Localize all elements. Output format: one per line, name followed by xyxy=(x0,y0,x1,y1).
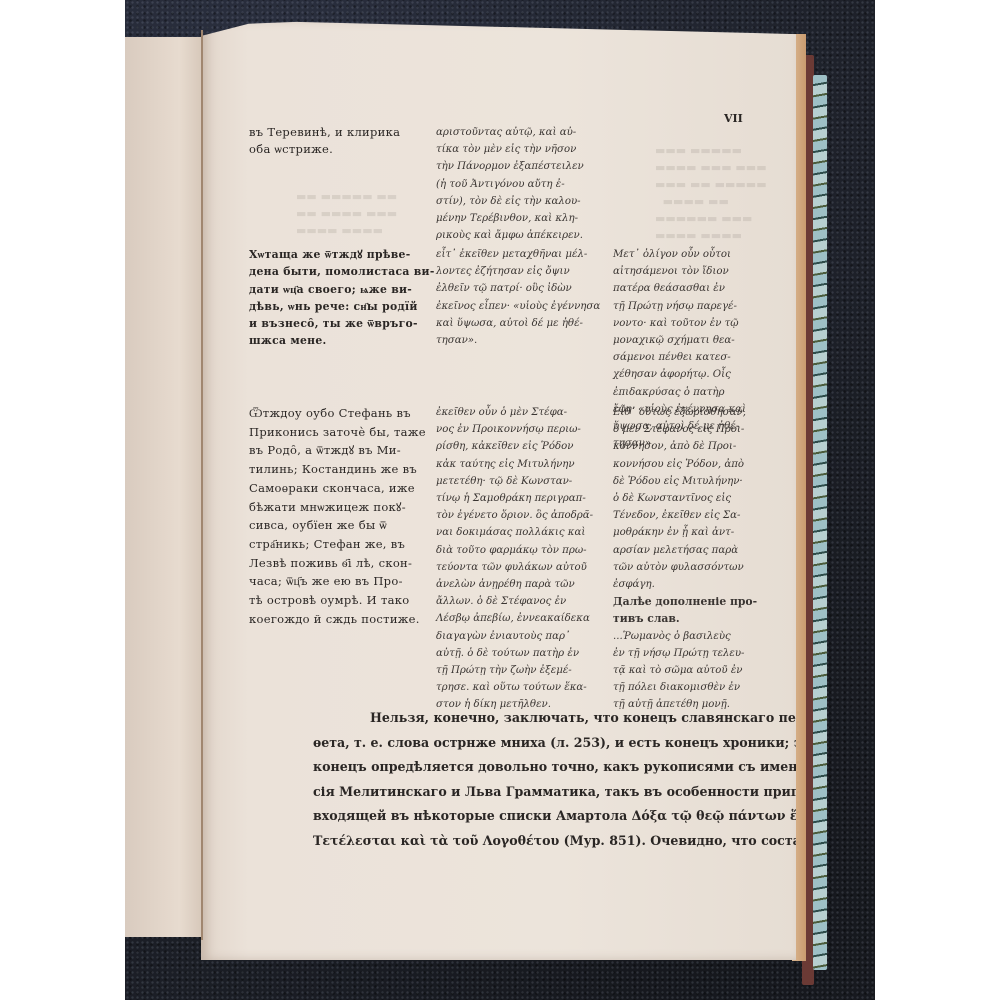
book-photo: VII ▬▬▬ ▬▬▬▬▬▬▬▬▬ ▬▬▬ ▬▬▬▬▬▬ ▬▬ ▬▬▬▬▬ ▬▬… xyxy=(125,0,875,1000)
text-line: μοναχικῷ σχήματι θεα- xyxy=(613,332,748,349)
text-line: ἄλλων. ὁ δὲ Στέφανος ἐν xyxy=(436,593,596,610)
text-line: ἐκεῖνος εἶπεν· «υἱοὺς ἐγέννησα xyxy=(436,298,596,315)
slavonic-column-block-1: въ Теревинѣ, и клирика оба ѡстриже. xyxy=(249,124,417,159)
text-line: ἐκεῖθεν οὖν ὁ μὲν Στέφα- xyxy=(436,404,596,421)
text-line: ἀνελὼν ἀνῃρέθη παρὰ τῶν xyxy=(436,576,596,593)
text-line: ὁ μὲν Στέφανος εἰς Προι- xyxy=(613,421,748,438)
text-line: τῇ πόλει διακομισθὲν ἐν xyxy=(613,679,748,696)
text-line: Τένεδον, ἐκεῖθεν εἰς Σα- xyxy=(613,507,748,524)
text-line: διὰ τοῦτο φαρμάκῳ τὸν πρω- xyxy=(436,542,596,559)
text-line: оба ѡстриже. xyxy=(249,141,417,158)
text-line: дати ѡц҃а своего; ѩже ви- xyxy=(249,281,417,298)
text-line: νος ἐν Προικοννήσῳ περιω- xyxy=(436,421,596,438)
text-line: τῶν αὐτὸν φυλασσόντων xyxy=(613,559,748,576)
text-line: ναι δοκιμάσας πολλάκις καὶ xyxy=(436,524,596,541)
bleed-through-text: ▬▬▬ ▬▬▬▬▬▬▬▬▬ ▬▬▬ ▬▬▬▬▬▬ ▬▬ ▬▬▬▬▬ ▬▬▬▬ ▬… xyxy=(655,142,785,244)
text-line: дѣвь, ѡнь рече: сн҃ы родїй xyxy=(249,298,417,315)
text-line: τᾷ καὶ τὸ σῶμα αὐτοῦ ἐν xyxy=(613,662,748,679)
text-line: τίκα τὸν μὲν εἰς τὴν νῆσον xyxy=(436,141,596,158)
text-line: μετετέθη· τῷ δὲ Κωνσταν- xyxy=(436,473,596,490)
text-line: στίν), τὸν δὲ εἰς τὴν καλου- xyxy=(436,193,596,210)
text-line: конецъ опредѣляется довольно точно, какъ… xyxy=(313,755,783,780)
text-line: ἐπιδακρύσας ὁ πατὴρ xyxy=(613,384,748,401)
marbled-endpaper-edge xyxy=(813,75,827,970)
text-line: μοθράκην ἐν ᾗ καὶ ἀντ- xyxy=(613,524,748,541)
text-line: λοντες ἐζήτησαν εἰς ὄψιν xyxy=(436,263,596,280)
text-line: бѣжати мнѡжицеж покꙋ- xyxy=(249,498,417,517)
text-line: αὐτῇ. ὁ δὲ τούτων πατὴρ ἐν xyxy=(436,645,596,662)
text-line: μένην Τερέβινθον, καὶ κλη- xyxy=(436,210,596,227)
text-line: Хѡтаща же ѿтждꙋ прѣве- xyxy=(249,246,417,263)
bleed-through-text: ▬▬ ▬▬▬▬▬ ▬▬▬▬ ▬▬▬▬ ▬▬▬▬▬▬▬ ▬▬▬▬ xyxy=(296,188,406,239)
text-line: въ Теревинѣ, и клирика xyxy=(249,124,417,141)
left-page xyxy=(125,37,203,937)
body-paragraph: Нельзя, конечно, заключать, что конецъ с… xyxy=(313,706,783,854)
text-line: τὸν ἐγένετο ὅριον. ὃς ἀποδρᾶ- xyxy=(436,507,596,524)
text-line: τὴν Πάνορμον ἐξαπέστειλεν xyxy=(436,158,596,175)
text-line: τρησε. καὶ οὕτω τούτων ἕκα- xyxy=(436,679,596,696)
text-line: τεύοντα τῶν φυλάκων αὐτοῦ xyxy=(436,559,596,576)
text-line: ὁ δὲ Κωνσταντῖνος εἰς xyxy=(613,490,748,507)
text-line: сія Мелитинскаго и Льва Грамматика, такъ… xyxy=(313,780,783,805)
text-line: Самоѳраки скончаса, иже xyxy=(249,479,417,498)
section-note: тивъ слав. xyxy=(613,610,748,627)
text-line: αριστοῦντας αὐτῷ, καὶ αὐ- xyxy=(436,124,596,141)
text-line: тѣ островѣ оумрѣ. И тако xyxy=(249,591,417,610)
text-line: Μετ᾽ ὀλίγον οὖν οὗτοι xyxy=(613,246,748,263)
text-line: νοντο· καὶ τοῦτον ἐν τῷ xyxy=(613,315,748,332)
text-line: τῇ Πρώτῃ νήσῳ παρεγέ- xyxy=(613,298,748,315)
text-line: Λέσβῳ ἀπεβίω, ἐννεακαίδεκα xyxy=(436,610,596,627)
text-line: τῇ Πρώτῃ τὴν ζωὴν ἐξεμέ- xyxy=(436,662,596,679)
text-line: πατέρα θεάσασθαι ἐν xyxy=(613,280,748,297)
text-line: τίνῳ ἡ Σαμοθράκη περιγραπ- xyxy=(436,490,596,507)
text-line: Τετέλεσται καὶ τὰ τοῦ Λογοθέτου (Мур. 85… xyxy=(313,829,783,854)
text-line: тилинь; Костандинь же въ xyxy=(249,460,417,479)
text-line: κἀκ ταύτης εἰς Μιτυλήνην xyxy=(436,456,596,473)
variant-column-block-3: Εἶθ᾽ οὕτως ἐξωρίσθησαν, ὁ μὲν Στέφανος ε… xyxy=(613,404,748,714)
text-line: Лезвѣ поживь ѳ҃і лѣ, скон- xyxy=(249,554,417,573)
text-line: ѳета, т. е. слова острнже мниха (л. 253)… xyxy=(313,731,783,756)
slavonic-column-block-2: Хѡтаща же ѿтждꙋ прѣве- дена быти, помоли… xyxy=(249,246,417,350)
book-gutter xyxy=(201,30,203,940)
text-line: шжса мене. xyxy=(249,332,417,349)
text-line: сивса, оубїен же бы ѿ xyxy=(249,516,417,535)
text-line: ...Ῥωμανὸς ὁ βασιλεὺς xyxy=(613,628,748,645)
text-line: часа; ѿц҃ъ же ею въ Про- xyxy=(249,572,417,591)
text-line: Ѿтждоу оубо Стефань въ xyxy=(249,404,417,423)
text-line: αἰτησάμενοι τὸν ἴδιον xyxy=(613,263,748,280)
text-line: ρίσθη, κἀκεῖθεν εἰς Ῥόδον xyxy=(436,438,596,455)
text-line: коегождо й сждь постиже. xyxy=(249,610,417,629)
text-line: ἐλθεῖν τῷ πατρί· οὓς ἰδὼν xyxy=(436,280,596,297)
greek-column-block-1: αριστοῦντας αὐτῷ, καὶ αὐ- τίκα τὸν μὲν ε… xyxy=(436,124,596,244)
greek-column-block-2: εἶτ᾽ ἐκεῖθεν μεταχθῆναι μέλ- λοντες ἐζήτ… xyxy=(436,246,596,349)
text-line: τησαν». xyxy=(436,332,596,349)
text-line: διαγαγὼν ἐνιαυτοὺς παρ᾽ xyxy=(436,628,596,645)
text-line: стра҃никь; Стефан же, въ xyxy=(249,535,417,554)
text-line: εἶτ᾽ ἐκεῖθεν μεταχθῆναι μέλ- xyxy=(436,246,596,263)
right-page: VII ▬▬▬ ▬▬▬▬▬▬▬▬▬ ▬▬▬ ▬▬▬▬▬▬ ▬▬ ▬▬▬▬▬ ▬▬… xyxy=(201,20,796,960)
text-line: (ἡ τοῦ Ἀντιγόνου αὔτη ἐ- xyxy=(436,176,596,193)
text-line: αρσίαν μελετήσας παρὰ xyxy=(613,542,748,559)
text-line: Нельзя, конечно, заключать, что конецъ с… xyxy=(313,706,783,731)
text-line: Приконись заточѐ бы, таже xyxy=(249,423,417,442)
greek-column-block-3: ἐκεῖθεν οὖν ὁ μὲν Στέφα- νος ἐν Προικονν… xyxy=(436,404,596,714)
page-number: VII xyxy=(724,112,743,125)
slavonic-column-block-3: Ѿтждоу оубо Стефань въ Приконись заточѐ … xyxy=(249,404,417,628)
text-line: καὶ ὕψωσα, αὐτοὶ δέ με ἠθέ- xyxy=(436,315,596,332)
text-line: въ Родо̑, а ѿтждꙋ въ Ми- xyxy=(249,441,417,460)
text-line: ρικοὺς καὶ ἄμφω ἀπέκειρεν. xyxy=(436,227,596,244)
text-line: δὲ Ῥόδου εἰς Μιτυλήνην· xyxy=(613,473,748,490)
text-line: ἐσφάγη. xyxy=(613,576,748,593)
text-line: ἐν τῇ νήσῳ Πρώτῃ τελευ- xyxy=(613,645,748,662)
text-line: дена быти, помолистаса ви- xyxy=(249,263,417,280)
text-line: Εἶθ᾽ οὕτως ἐξωρίσθησαν, xyxy=(613,404,748,421)
text-line: κόννησον, ἀπὸ δὲ Προι- xyxy=(613,438,748,455)
text-line: и възнесо̑, ты же ѿвръго- xyxy=(249,315,417,332)
text-line: κοννήσου εἰς Ῥόδον, ἀπὸ xyxy=(613,456,748,473)
text-line: σάμενοι πένθει κατεσ- xyxy=(613,349,748,366)
section-note: Далѣе дополненіе про- xyxy=(613,593,748,610)
text-line: χέθησαν ἀφορήτῳ. Οἷς xyxy=(613,366,748,383)
text-line: входящей въ нѣкоторые списки Амартола Δό… xyxy=(313,804,783,829)
